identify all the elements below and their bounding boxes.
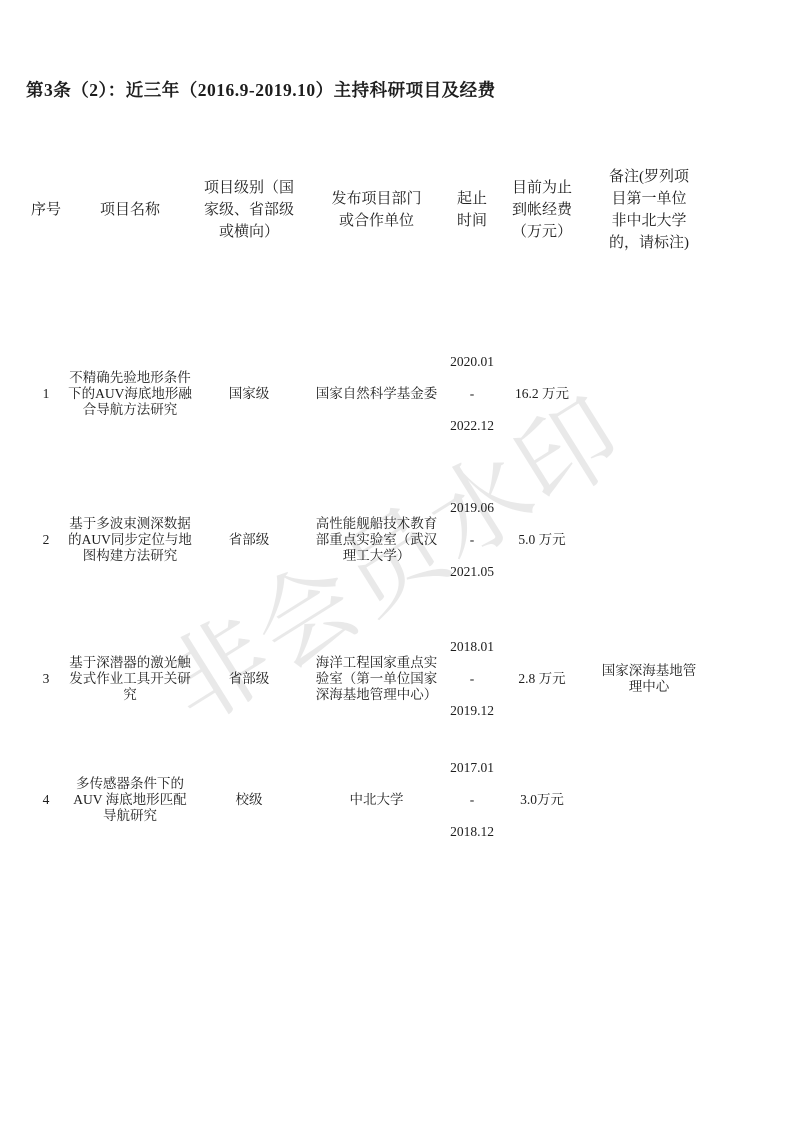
header-cell-period: 起止 时间 xyxy=(448,150,496,270)
period-separator: - xyxy=(448,671,496,687)
period-separator: - xyxy=(448,532,496,548)
cell-no: 2 xyxy=(25,450,67,596)
header-cell-funding: 目前为止 到帐经费 （万元） xyxy=(496,150,588,270)
cell-funding: 16.2 万元 xyxy=(496,270,588,450)
table-row: 1 不精确先验地形条件 下的AUV海底地形融 合导航方法研究 国家级 国家自然科… xyxy=(25,270,710,450)
period-start: 2019.06 xyxy=(448,500,496,516)
period-separator: - xyxy=(448,792,496,808)
cell-level: 省部级 xyxy=(193,596,305,735)
cell-period: 2017.01 - 2018.12 xyxy=(448,735,496,856)
period-end: 2019.12 xyxy=(448,703,496,719)
header-cell-project-name: 项目名称 xyxy=(67,150,193,270)
cell-remark: 国家深海基地管 理中心 xyxy=(588,596,710,735)
table-row: 4 多传感器条件下的 AUV 海底地形匹配 导航研究 校级 中北大学 2017.… xyxy=(25,735,710,856)
period-separator: - xyxy=(448,386,496,402)
header-cell-remark: 备注(罗列项 目第一单位 非中北大学 的，请标注) xyxy=(588,150,710,270)
cell-level: 国家级 xyxy=(193,270,305,450)
cell-project-name: 不精确先验地形条件 下的AUV海底地形融 合导航方法研究 xyxy=(67,270,193,450)
cell-no: 3 xyxy=(25,596,67,735)
cell-period: 2019.06 - 2021.05 xyxy=(448,450,496,596)
table-row: 3 基于深潜器的激光触 发式作业工具开关研 究 省部级 海洋工程国家重点实 验室… xyxy=(25,596,710,735)
cell-department: 高性能舰船技术教育 部重点实验室（武汉 理工大学） xyxy=(305,450,448,596)
cell-funding: 5.0 万元 xyxy=(496,450,588,596)
period-start: 2018.01 xyxy=(448,639,496,655)
projects-table: 序号 项目名称 项目级别（国 家级、省部级 或横向） 发布项目部门 或合作单位 … xyxy=(25,150,710,856)
cell-project-name: 多传感器条件下的 AUV 海底地形匹配 导航研究 xyxy=(67,735,193,856)
cell-level: 校级 xyxy=(193,735,305,856)
header-cell-department: 发布项目部门 或合作单位 xyxy=(305,150,448,270)
cell-remark xyxy=(588,450,710,596)
period-end: 2018.12 xyxy=(448,824,496,840)
period-start: 2020.01 xyxy=(448,354,496,370)
table-header-row: 序号 项目名称 项目级别（国 家级、省部级 或横向） 发布项目部门 或合作单位 … xyxy=(25,150,710,270)
cell-funding: 3.0万元 xyxy=(496,735,588,856)
header-cell-level: 项目级别（国 家级、省部级 或横向） xyxy=(193,150,305,270)
page-title: 第3条（2）：近三年（2016.9-2019.10）主持科研项目及经费 xyxy=(0,0,793,102)
cell-project-name: 基于多波束测深数据 的AUV同步定位与地 图构建方法研究 xyxy=(67,450,193,596)
cell-department: 海洋工程国家重点实 验室（第一单位国家 深海基地管理中心） xyxy=(305,596,448,735)
period-end: 2021.05 xyxy=(448,564,496,580)
period-start: 2017.01 xyxy=(448,760,496,776)
cell-department: 国家自然科学基金委 xyxy=(305,270,448,450)
cell-no: 4 xyxy=(25,735,67,856)
header-cell-no: 序号 xyxy=(25,150,67,270)
document-page: 非会员水印 第3条（2）：近三年（2016.9-2019.10）主持科研项目及经… xyxy=(0,0,793,1122)
cell-project-name: 基于深潜器的激光触 发式作业工具开关研 究 xyxy=(67,596,193,735)
cell-no: 1 xyxy=(25,270,67,450)
cell-period: 2018.01 - 2019.12 xyxy=(448,596,496,735)
cell-remark xyxy=(588,270,710,450)
cell-level: 省部级 xyxy=(193,450,305,596)
cell-funding: 2.8 万元 xyxy=(496,596,588,735)
period-end: 2022.12 xyxy=(448,418,496,434)
page-content: 第3条（2）：近三年（2016.9-2019.10）主持科研项目及经费 序号 项… xyxy=(0,0,793,856)
cell-period: 2020.01 - 2022.12 xyxy=(448,270,496,450)
cell-remark xyxy=(588,735,710,856)
cell-department: 中北大学 xyxy=(305,735,448,856)
table-row: 2 基于多波束测深数据 的AUV同步定位与地 图构建方法研究 省部级 高性能舰船… xyxy=(25,450,710,596)
